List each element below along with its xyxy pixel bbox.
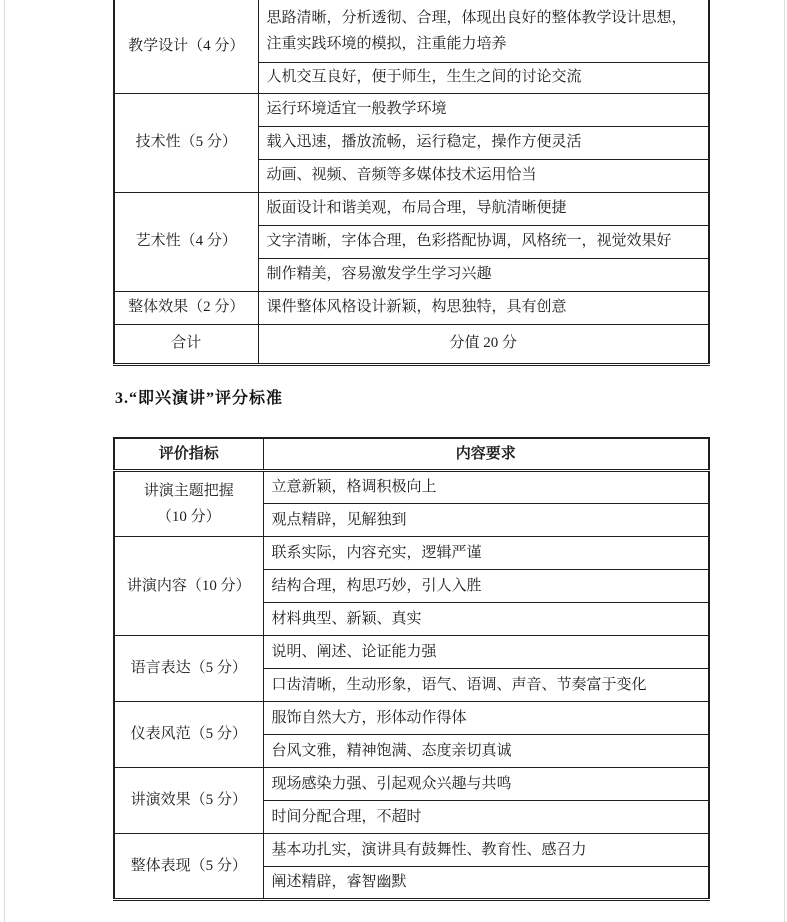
header-cell-requirement: 内容要求 (263, 438, 709, 471)
criterion-item: 动画、视频、音频等多媒体技术运用恰当 (258, 159, 709, 192)
criterion-item: 观点精辟，见解独到 (263, 504, 709, 537)
criterion-label-teaching-design: 教学设计（4 分） (114, 0, 258, 93)
table-row: 讲演内容（10 分） 联系实际，内容充实，逻辑严谨 (114, 537, 709, 570)
criterion-label-overall-effect: 整体效果（2 分） (114, 291, 258, 324)
criterion-label-speech-effect: 讲演效果（5 分） (114, 768, 263, 834)
criterion-item: 台风文雅，精神饱满、态度亲切真诚 (263, 735, 709, 768)
speech-scoring-table: 评价指标 内容要求 讲演主题把握 （10 分） 立意新颖，格调积极向上 观点精辟… (113, 437, 710, 902)
criterion-item: 材料典型、新颖、真实 (263, 603, 709, 636)
table-row: 仪表风范（5 分） 服饰自然大方，形体动作得体 (114, 702, 709, 735)
criterion-item: 结构合理，构思巧妙，引人入胜 (263, 570, 709, 603)
total-row: 合计 分值 20 分 (114, 324, 709, 364)
page-left-edge (4, 0, 5, 922)
criterion-item: 载入迅速，播放流畅，运行稳定，操作方便灵活 (258, 126, 709, 159)
table-row: 整体效果（2 分） 课件整体风格设计新颖，构思独特，具有创意 (114, 291, 709, 324)
criterion-item: 基本功扎实，演讲具有鼓舞性、教育性、感召力 (263, 834, 709, 867)
section-heading: 3.“即兴演讲”评分标准 (115, 385, 710, 408)
document-page: 教学设计（4 分） 思路清晰，分析透彻、合理，体现出良好的整体教学设计思想，注重… (113, 0, 710, 901)
table-header-row: 评价指标 内容要求 (114, 438, 709, 471)
criterion-item: 文字清晰，字体合理，色彩搭配协调，风格统一，视觉效果好 (258, 225, 709, 258)
total-label: 合计 (114, 324, 258, 364)
criterion-label-theme-grasp: 讲演主题把握 （10 分） (114, 471, 263, 537)
page-right-edge (784, 0, 785, 922)
table-row: 语言表达（5 分） 说明、阐述、论证能力强 (114, 636, 709, 669)
criterion-item: 联系实际，内容充实，逻辑严谨 (263, 537, 709, 570)
criterion-item: 时间分配合理，不超时 (263, 801, 709, 834)
criterion-label-speech-content: 讲演内容（10 分） (114, 537, 263, 636)
criterion-item: 现场感染力强、引起观众兴趣与共鸣 (263, 768, 709, 801)
criterion-item: 立意新颖，格调积极向上 (263, 471, 709, 504)
criterion-label-language-expression: 语言表达（5 分） (114, 636, 263, 702)
table-row: 讲演主题把握 （10 分） 立意新颖，格调积极向上 (114, 471, 709, 504)
criterion-item: 口齿清晰，生动形象，语气、语调、声音、节奏富于变化 (263, 669, 709, 702)
criterion-item: 版面设计和谐美观，布局合理，导航清晰便捷 (258, 192, 709, 225)
criterion-label-overall-performance: 整体表现（5 分） (114, 834, 263, 900)
criterion-item: 思路清晰，分析透彻、合理，体现出良好的整体教学设计思想，注重实践环境的模拟，注重… (258, 0, 709, 62)
courseware-scoring-table: 教学设计（4 分） 思路清晰，分析透彻、合理，体现出良好的整体教学设计思想，注重… (113, 0, 710, 366)
total-value: 分值 20 分 (258, 324, 709, 364)
criterion-label-appearance: 仪表风范（5 分） (114, 702, 263, 768)
criterion-item: 阐述精辟，睿智幽默 (263, 867, 709, 900)
criterion-item: 运行环境适宜一般教学环境 (258, 93, 709, 126)
table-row: 技术性（5 分） 运行环境适宜一般教学环境 (114, 93, 709, 126)
criterion-item: 人机交互良好，便于师生，生生之间的讨论交流 (258, 62, 709, 93)
table-row: 整体表现（5 分） 基本功扎实，演讲具有鼓舞性、教育性、感召力 (114, 834, 709, 867)
table-row: 教学设计（4 分） 思路清晰，分析透彻、合理，体现出良好的整体教学设计思想，注重… (114, 0, 709, 62)
criterion-label-artistic: 艺术性（4 分） (114, 192, 258, 291)
header-cell-indicator: 评价指标 (114, 438, 263, 471)
table-row: 讲演效果（5 分） 现场感染力强、引起观众兴趣与共鸣 (114, 768, 709, 801)
criterion-item: 服饰自然大方，形体动作得体 (263, 702, 709, 735)
table-row: 艺术性（4 分） 版面设计和谐美观，布局合理，导航清晰便捷 (114, 192, 709, 225)
criterion-item: 制作精美，容易激发学生学习兴趣 (258, 258, 709, 291)
criterion-item: 课件整体风格设计新颖，构思独特，具有创意 (258, 291, 709, 324)
criterion-label-technical: 技术性（5 分） (114, 93, 258, 192)
criterion-item: 说明、阐述、论证能力强 (263, 636, 709, 669)
